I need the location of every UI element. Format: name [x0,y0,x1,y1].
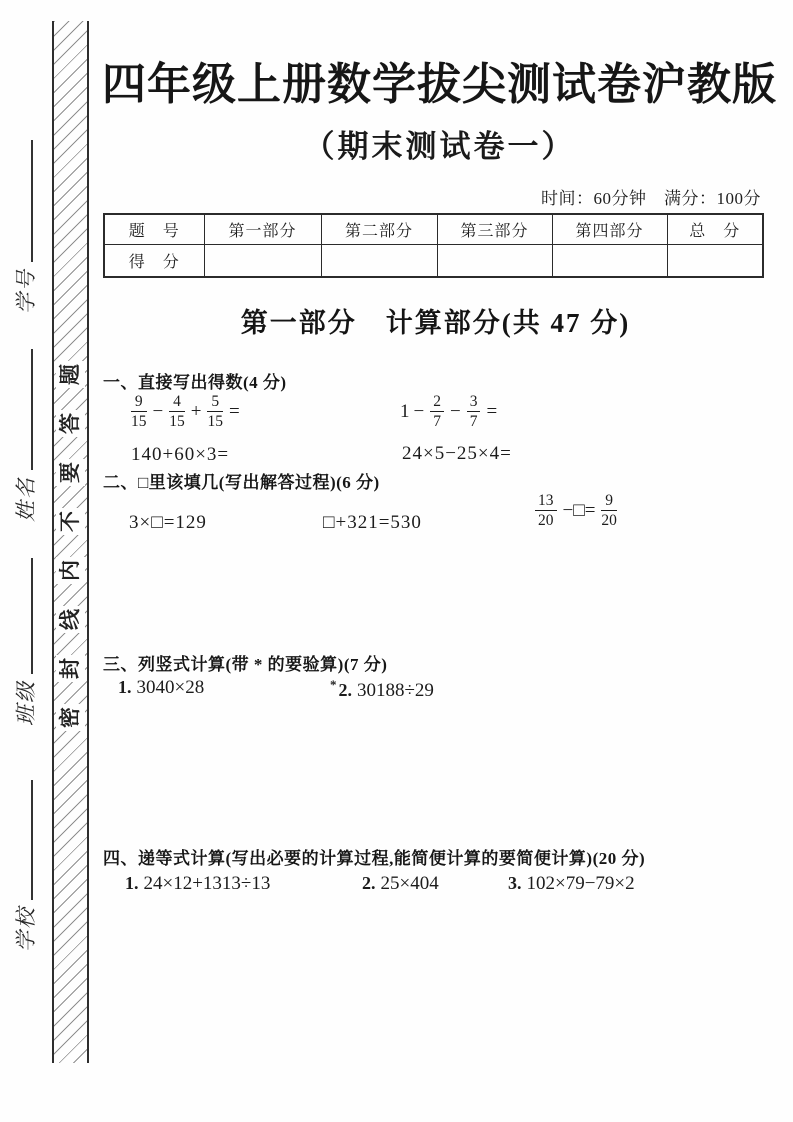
score-table-header: 第二部分 [321,214,437,245]
student-id-label: 学号 [14,268,38,314]
check-required-asterisk: * [330,677,337,692]
class-blank-line [26,558,33,674]
section2-heading-note: (写出解答过程)(6 分) [219,473,380,492]
problem-expression: 24×12+1313÷13 [144,873,271,894]
problem-number: 3. [508,873,522,893]
step-calc-problem-2: 2.25×404 [362,873,439,895]
column-calc-problem-2: *2.30188÷29 [330,677,434,702]
sidebar-field-name: 姓名 [13,349,39,522]
problem-expression: 3040×28 [137,677,205,698]
fill-blank-equation-3: 1320 −□= 920 [533,492,619,530]
score-table-header: 第四部分 [552,214,667,245]
seal-line-text: 密封线内不要答题 [56,364,85,742]
score-table-score-row: 得 分 [104,245,763,278]
minus-box-equals: −□= [563,500,596,522]
section4-heading-main: 四、递等式计算 [103,849,226,868]
section4-heading: 四、递等式计算(写出必要的计算过程,能简便计算的要简便计算)(20 分) [103,844,645,869]
part1-title: 第一部分 计算部分(共 47 分) [88,301,783,340]
section3-heading-note: (带 * 的要验算)(7 分) [226,655,388,674]
fraction: 37 [467,393,481,431]
seal-char: 答 [56,410,85,437]
score-cell [437,245,552,278]
score-cell [321,245,437,278]
score-table-header: 第三部分 [437,214,552,245]
step-calc-problem-3: 3.102×79−79×2 [508,873,635,895]
section1-heading-main: 一、直接写出得数 [103,373,243,392]
problem-expression: 30188÷29 [357,680,434,701]
equation-fractions-1: 915 − 415 + 515 = [129,393,244,431]
fill-blank-equation-2: □+321=530 [323,512,422,534]
section2-heading: 二、□里该填几(写出解答过程)(6 分) [103,468,380,493]
column-calc-problem-1: 1.3040×28 [118,677,204,699]
score-table: 题 号 第一部分 第二部分 第三部分 第四部分 总 分 得 分 [103,213,764,278]
score-cell [204,245,321,278]
step-calc-problem-1: 1.24×12+1313÷13 [125,873,270,895]
operator: − [450,401,461,423]
name-blank-line [26,349,33,470]
problem-expression: 102×79−79×2 [527,873,635,894]
score-cell [667,245,763,278]
problem-number: 1. [118,677,132,697]
section3-heading: 三、列竖式计算(带 * 的要验算)(7 分) [103,650,387,675]
seal-char: 要 [56,459,85,486]
section1-heading: 一、直接写出得数(4 分) [103,368,287,393]
sidebar-field-student-id: 学号 [13,140,39,314]
paper-title: 四年级上册数学拔尖测试卷沪教版 [90,48,789,112]
seal-char: 线 [56,606,85,633]
number: 1 [400,401,410,423]
operator: + [191,401,202,423]
school-blank-line [26,780,33,900]
equation-4: 24×5−25×4= [402,443,512,465]
operator: − [153,401,164,423]
fill-blank-equation-1: 3×□=129 [129,512,207,534]
equals-sign: = [229,401,240,423]
seal-char: 封 [56,655,85,682]
seal-char: 内 [56,557,85,584]
fraction: 415 [169,393,185,431]
student-id-blank-line [26,140,33,262]
exam-paper-page: 学号 姓名 班级 学校 密封线内不要答题 四年级上册数学拔尖测试卷沪教版 （期末… [0,0,793,1122]
equation-fractions-2: 1 − 27 − 37 = [400,393,501,431]
score-table-header: 第一部分 [204,214,321,245]
fraction: 515 [207,393,223,431]
score-table-header: 题 号 [104,214,204,245]
fraction: 920 [601,492,617,530]
problem-number: 2. [362,873,376,893]
score-row-label: 得 分 [104,245,204,278]
section1-heading-note: (4 分) [243,373,287,392]
school-label: 学校 [14,906,38,952]
name-label: 姓名 [14,476,38,522]
sidebar-field-school: 学校 [13,780,39,952]
seal-char: 密 [56,704,85,731]
time-score-meta: 时间：60分钟 满分：100分 [541,184,761,209]
class-label: 班级 [14,680,38,726]
score-cell [552,245,667,278]
sidebar-field-class: 班级 [13,558,39,726]
section2-heading-main: 二、□里该填几 [103,473,219,492]
paper-subtitle: （期末测试卷一） [90,121,789,166]
equals-sign: = [486,401,497,423]
seal-char: 题 [56,361,85,388]
problem-number: 2. [339,680,353,700]
problem-expression: 25×404 [381,873,439,894]
section4-heading-note: (写出必要的计算过程,能简便计算的要简便计算)(20 分) [226,849,646,868]
section3-heading-main: 三、列竖式计算 [103,655,226,674]
operator: − [414,401,425,423]
fraction: 915 [131,393,147,431]
score-table-header: 总 分 [667,214,763,245]
score-table-header-row: 题 号 第一部分 第二部分 第三部分 第四部分 总 分 [104,214,763,245]
fraction: 1320 [535,492,557,530]
equation-3: 140+60×3= [131,444,229,466]
fraction: 27 [430,393,444,431]
seal-char: 不 [56,508,85,535]
problem-number: 1. [125,873,139,893]
